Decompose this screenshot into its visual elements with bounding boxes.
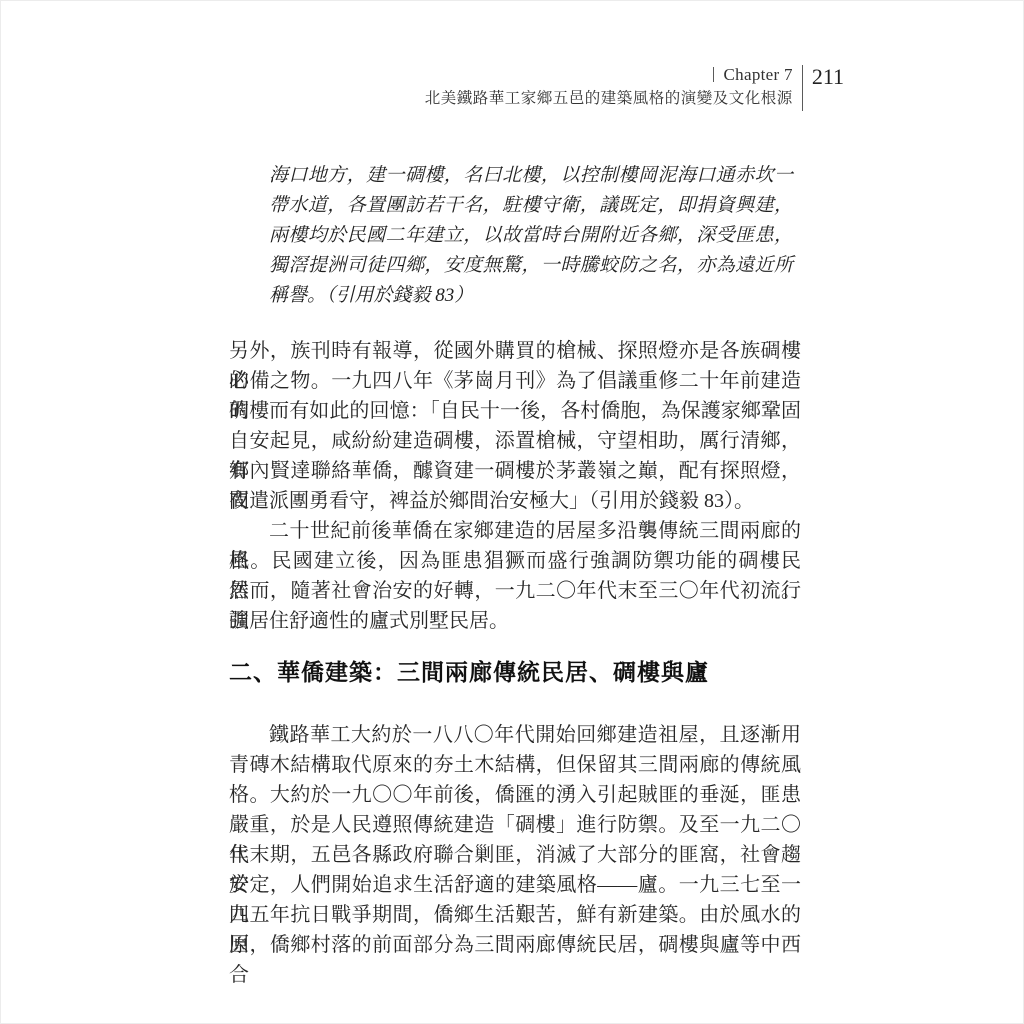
header-divider-rule [802, 65, 803, 111]
section-heading: 二、華僑建築：三間兩廊傳統民居、碉樓與廬 [229, 658, 1023, 686]
text-line: 代末期，五邑各縣政府聯合剿匪，消滅了大部分的匪窩，社會趨於 [229, 840, 801, 870]
text-line: 必備之物。一九四八年《茅崗月刊》為了倡議重修二十年前建造的 [229, 366, 801, 396]
text-line: 四五年抗日戰爭期間，僑鄉生活艱苦，鮮有新建築。由於風水的原 [229, 900, 801, 930]
text-line: 然而，隨著社會治安的好轉，一九二〇年代末至三〇年代初流行強 [229, 576, 801, 606]
text-line: 碉樓而有如此的回憶：「自民十一後，各村僑胞，為保護家鄉鞏固 [229, 396, 801, 426]
text-line: 獨滘提洲司徒四鄉，安度無驚，一時騰蛟防之名，亦為遠近所 [269, 251, 793, 281]
text-line: 間遣派團勇看守，裨益於鄉間治安極大」（引用於錢毅 83）。 [229, 486, 801, 516]
text-line: 稱譽。（引用於錢毅 83） [269, 281, 793, 311]
page-header: Chapter 7 北美鐵路華工家鄉五邑的建築風格的演變及文化根源 211 [1, 1, 1023, 111]
chapter-row: Chapter 7 [713, 63, 793, 86]
block-quote: 海口地方，建一碉樓，名曰北樓，以控制樓岡泥海口通赤坎一 帶水道，各置團訪若干名，… [269, 161, 793, 311]
text-line: 因，僑鄉村落的前面部分為三間兩廊傳統民居，碉樓與廬等中西合 [229, 930, 801, 960]
text-line: 兩樓均於民國二年建立，以故當時台開附近各鄉，深受匪患， [269, 221, 793, 251]
page-number: 211 [812, 63, 844, 111]
text-line: 格。大約於一九〇〇年前後，僑匯的湧入引起賊匪的垂涎，匪患 [229, 780, 801, 810]
text-line: 海口地方，建一碉樓，名曰北樓，以控制樓岡泥海口通赤坎一 [269, 161, 793, 191]
text-line: 鐵路華工大約於一八八〇年代開始回鄉建造祖屋，且逐漸用 [229, 720, 801, 750]
text-line: 鄉內賢達聯絡華僑，醵資建一碉樓於茅叢嶺之巔，配有探照燈，夜 [229, 456, 801, 486]
chapter-tick-rule [713, 67, 714, 82]
text-line: 二十世紀前後華僑在家鄉建造的居屋多沿襲傳統三間兩廊的風 [229, 516, 801, 546]
text-line: 格。民國建立後，因為匪患猖獗而盛行強調防禦功能的碉樓民居。 [229, 546, 801, 576]
paragraph: 二十世紀前後華僑在家鄉建造的居屋多沿襲傳統三間兩廊的風 格。民國建立後，因為匪患… [229, 516, 801, 636]
text-line: 自安起見，咸紛紛建造碉樓，添置槍械，守望相助，厲行清鄉，有 [229, 426, 801, 456]
text-line: 青磚木結構取代原來的夯土木結構，但保留其三間兩廊的傳統風 [229, 750, 801, 780]
header-text: Chapter 7 北美鐵路華工家鄉五邑的建築風格的演變及文化根源 [425, 63, 793, 111]
text-line: 調居住舒適性的廬式別墅民居。 [229, 606, 801, 636]
text-line: 嚴重，於是人民遵照傳統建造「碉樓」進行防禦。及至一九二〇年 [229, 810, 801, 840]
chapter-title: 北美鐵路華工家鄉五邑的建築風格的演變及文化根源 [425, 86, 793, 111]
text-line: 帶水道，各置團訪若干名，駐樓守衛，議既定，即捐資興建， [269, 191, 793, 221]
chapter-label: Chapter 7 [724, 65, 793, 85]
book-page: Chapter 7 北美鐵路華工家鄉五邑的建築風格的演變及文化根源 211 海口… [0, 0, 1024, 1024]
paragraph: 另外，族刊時有報導，從國外購買的槍械、探照燈亦是各族碉樓的 必備之物。一九四八年… [229, 336, 801, 516]
paragraph: 鐵路華工大約於一八八〇年代開始回鄉建造祖屋，且逐漸用 青磚木結構取代原來的夯土木… [229, 720, 801, 960]
text-line: 安定，人們開始追求生活舒適的建築風格——廬。一九三七至一九 [229, 870, 801, 900]
text-line: 另外，族刊時有報導，從國外購買的槍械、探照燈亦是各族碉樓的 [229, 336, 801, 366]
